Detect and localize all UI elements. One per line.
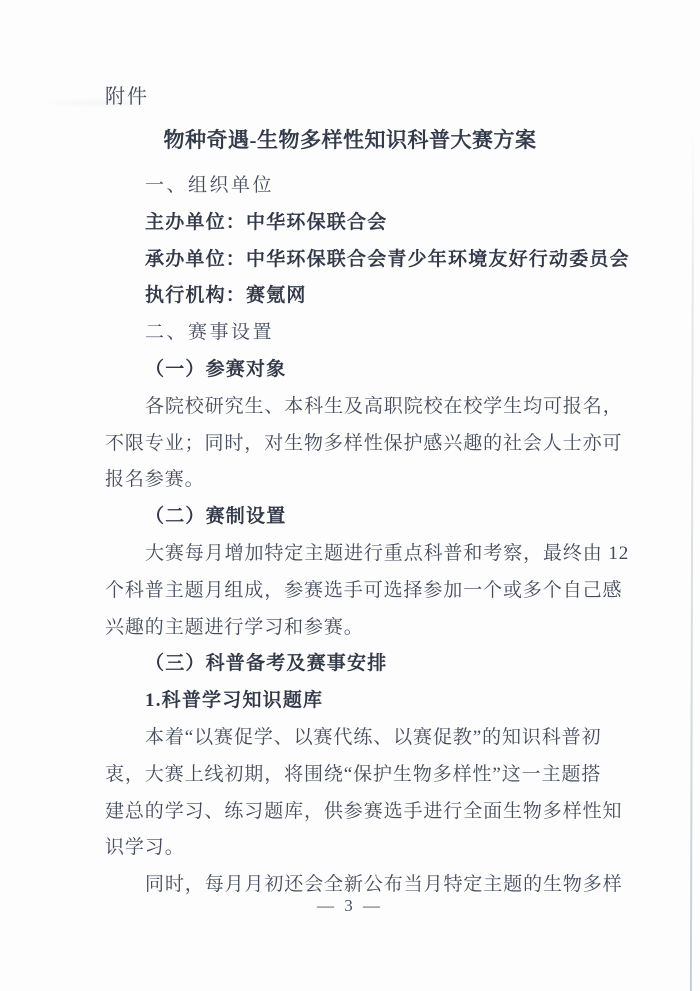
doc-line: 二、赛事设置 (105, 315, 615, 352)
doc-line: 本着“以赛促学、以赛代练、以赛促教”的知识科普初 (105, 720, 615, 757)
page-number: — 3 — (0, 896, 700, 916)
attachment-label: 附件 (105, 80, 149, 109)
document-title: 物种奇遇-生物多样性知识科普大赛方案 (0, 124, 700, 154)
doc-line: （三）科普备考及赛事安排 (105, 646, 615, 683)
document-page: 附件 物种奇遇-生物多样性知识科普大赛方案 一、组织单位主办单位：中华环保联合会… (0, 0, 700, 991)
doc-line: 衷，大赛上线初期，将围绕“保护生物多样性”这一主题搭 (105, 757, 615, 794)
doc-line: 一、组织单位 (105, 168, 615, 205)
doc-line: 主办单位：中华环保联合会 (105, 205, 615, 242)
document-body: 一、组织单位主办单位：中华环保联合会承办单位：中华环保联合会青少年环境友好行动委… (105, 168, 615, 904)
doc-line: 承办单位：中华环保联合会青少年环境友好行动委员会 (105, 242, 615, 279)
doc-line: 个科普主题月组成，参赛选手可选择参加一个或多个自己感 (105, 573, 615, 610)
doc-line: （二）赛制设置 (105, 499, 615, 536)
doc-line: 执行机构：赛氪网 (105, 278, 615, 315)
doc-line: 大赛每月增加特定主题进行重点科普和考察，最终由 12 (105, 536, 615, 573)
doc-line: 建总的学习、练习题库，供参赛选手进行全面生物多样性知 (105, 794, 615, 831)
doc-line: 各院校研究生、本科生及高职院校在校学生均可报名， (105, 389, 615, 426)
doc-line: 报名参赛。 (105, 462, 615, 499)
doc-line: 不限专业；同时，对生物多样性保护感兴趣的社会人士亦可 (105, 426, 615, 463)
scan-artifact-line (690, 128, 694, 991)
doc-line: 1.科普学习知识题库 (105, 683, 615, 720)
doc-line: 兴趣的主题进行学习和参赛。 (105, 610, 615, 647)
doc-line: 识学习。 (105, 830, 615, 867)
doc-line: （一）参赛对象 (105, 352, 615, 389)
